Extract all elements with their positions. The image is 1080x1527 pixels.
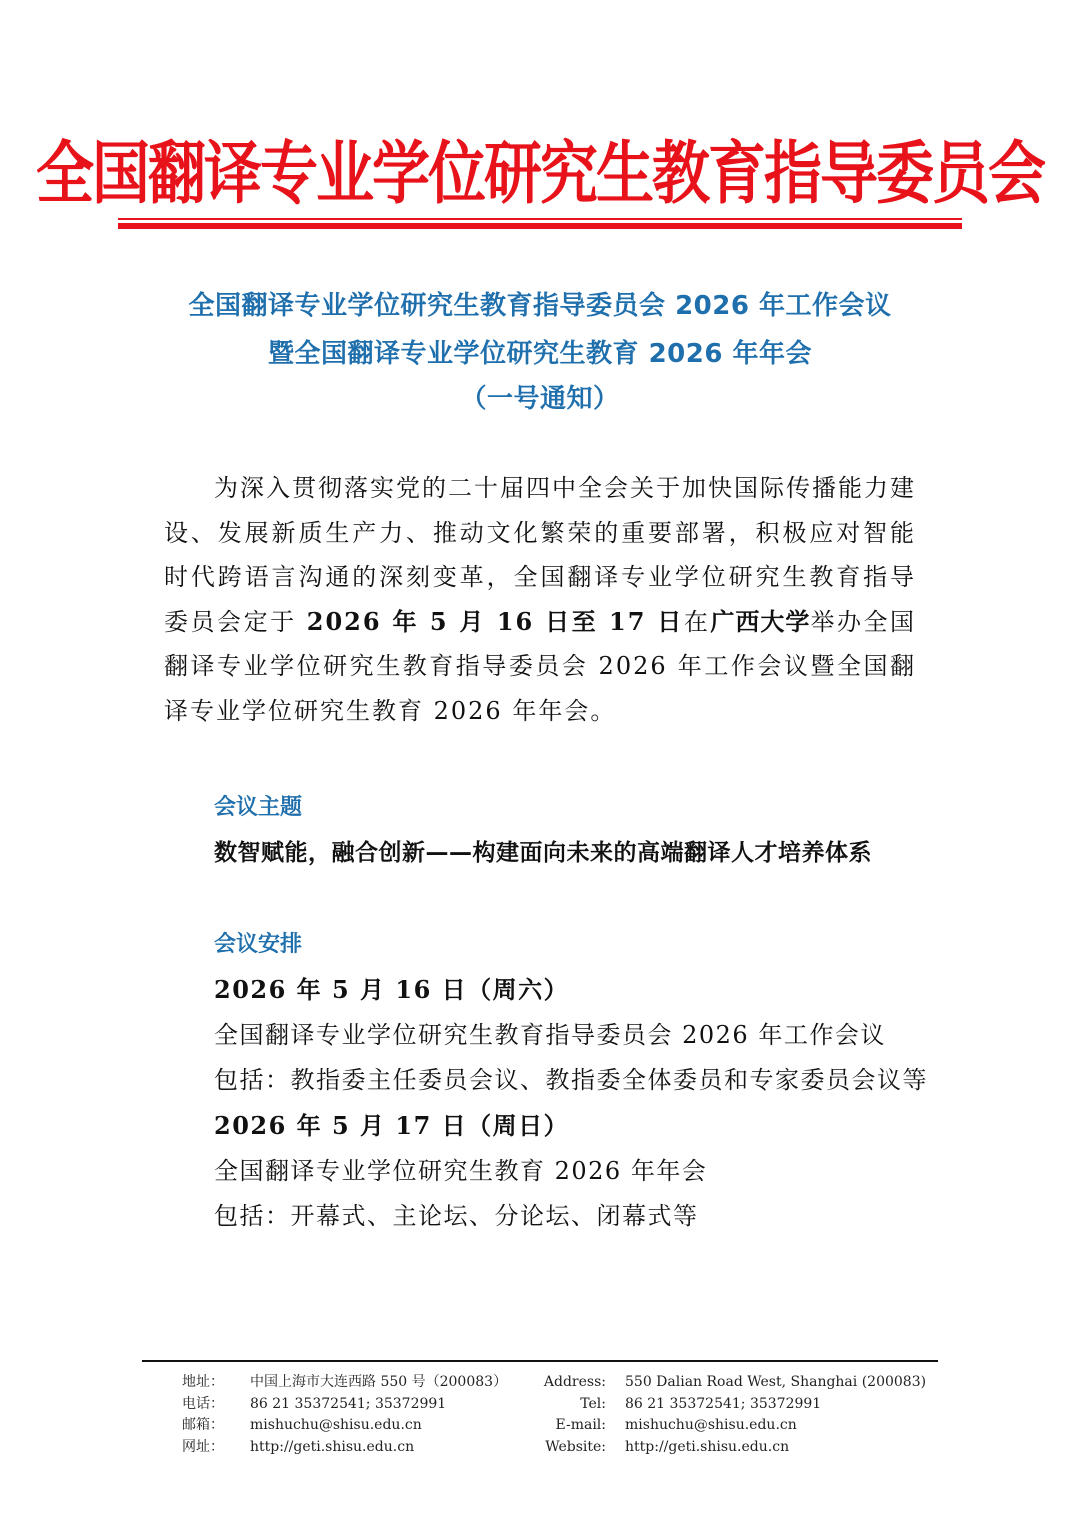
footer-cn-values: 中国上海市大连西路 550 号（200083） 86 21 35372541; … [250,1372,507,1458]
schedule-heading: 会议安排 [214,927,302,958]
footer-website-cn[interactable]: http://geti.shisu.edu.cn [250,1437,507,1459]
letterhead-divider-thick [118,223,962,229]
footer-email-cn[interactable]: mishuchu@shisu.edu.cn [250,1415,507,1437]
footer-address-en: 550 Dalian Road West, Shanghai (200083) [625,1372,926,1394]
notice-title-line3: （一号通知） [0,378,1080,415]
footer-phone-en: 86 21 35372541; 35372991 [625,1394,926,1416]
letterhead-org-name: 全国翻译专业学位研究生教育指导委员会 [0,118,1080,217]
schedule-day2-date: 2026 年 5 月 17 日（周日） [214,1106,569,1141]
footer-label-address-cn: 地址： [182,1372,224,1394]
intro-venue: 广西大学 [710,607,810,636]
footer-email-en[interactable]: mishuchu@shisu.edu.cn [625,1415,926,1437]
intro-paragraph: 为深入贯彻落实党的二十届四中全会关于加快国际传播能力建设、发展新质生产力、推动文… [164,466,916,733]
schedule-day1-event: 全国翻译专业学位研究生教育指导委员会 2026 年工作会议 [214,1015,886,1050]
notice-title-line2: 暨全国翻译专业学位研究生教育 2026 年年会 [0,333,1080,370]
footer-en-labels: Address: Tel: E-mail: Website: [520,1372,606,1458]
schedule-day2-event: 全国翻译专业学位研究生教育 2026 年年会 [214,1151,707,1186]
footer-address-cn: 中国上海市大连西路 550 号（200083） [250,1372,507,1394]
footer-label-email-en: E-mail: [520,1415,606,1437]
notice-title-line1: 全国翻译专业学位研究生教育指导委员会 2026 年工作会议 [0,285,1080,322]
intro-text-mid: 在 [684,608,711,636]
footer-cn-labels: 地址： 电话： 邮箱： 网址： [182,1372,224,1458]
footer-label-phone-en: Tel: [520,1394,606,1416]
schedule-day1-includes: 包括：教指委主任委员会议、教指委全体委员和专家委员会议等 [214,1060,928,1095]
footer-label-address-en: Address: [520,1372,606,1394]
footer-divider [142,1360,938,1362]
footer-label-website-cn: 网址： [182,1437,224,1459]
footer-label-website-en: Website: [520,1437,606,1459]
letterhead-divider-thin [118,218,962,220]
schedule-day2-includes: 包括：开幕式、主论坛、分论坛、闭幕式等 [214,1196,699,1231]
footer-en-values: 550 Dalian Road West, Shanghai (200083) … [625,1372,926,1458]
footer-label-phone-cn: 电话： [182,1394,224,1416]
theme-text: 数智赋能，融合创新——构建面向未来的高端翻译人才培养体系 [214,834,872,867]
theme-heading: 会议主题 [214,790,302,821]
footer-website-en[interactable]: http://geti.shisu.edu.cn [625,1437,926,1459]
schedule-day1-date: 2026 年 5 月 16 日（周六） [214,970,569,1005]
intro-date: 2026 年 5 月 16 日至 17 日 [307,607,684,636]
footer-phone-cn: 86 21 35372541; 35372991 [250,1394,507,1416]
footer-label-email-cn: 邮箱： [182,1415,224,1437]
